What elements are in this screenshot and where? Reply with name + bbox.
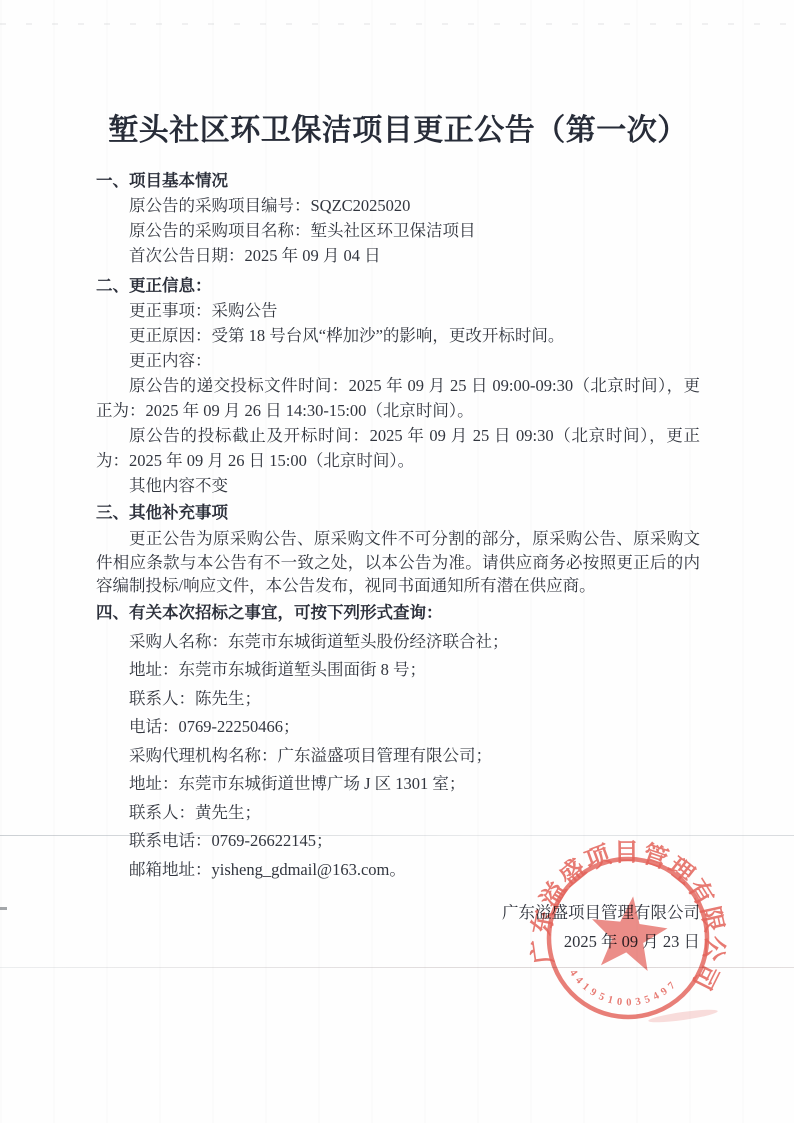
original-project-name-line: 原公告的采购项目名称：堑头社区环卫保洁项目 (96, 218, 700, 243)
agency-name-line: 采购代理机构名称：广东溢盛项目管理有限公司； (96, 742, 700, 771)
agency-email-line: 邮箱地址：yisheng_gdmail@163.com。 (96, 856, 700, 885)
correction-item-line: 更正事项：采购公告 (96, 298, 700, 323)
bid-opening-time-paragraph: 原公告的投标截止及开标时间：2025 年 09 月 25 日 09:30（北京时… (96, 423, 700, 473)
document-body: 堑头社区环卫保洁项目更正公告（第一次） 一、项目基本情况 原公告的采购项目编号：… (96, 0, 700, 884)
supplementary-note-paragraph: 更正公告为原采购公告、原采购文件不可分割的部分，原采购公告、原采购文件相应条款与… (96, 527, 700, 598)
correction-content-label: 更正内容： (96, 348, 700, 373)
seal-bottom-arc-path (564, 969, 679, 1012)
purchaser-phone-line: 电话：0769-22250466； (96, 713, 700, 742)
signature-date: 2025 年 09 月 23 日 (502, 927, 700, 956)
section-2-heading: 二、更正信息： (96, 273, 700, 298)
signature-block: 广东溢盛项目管理有限公司 2025 年 09 月 23 日 (502, 898, 700, 956)
purchaser-contact-line: 联系人：陈先生； (96, 685, 700, 714)
seal-serial-number: 4419510035497 (564, 964, 682, 1015)
signature-company-name: 广东溢盛项目管理有限公司 (502, 898, 700, 927)
stamp-ink-smudge (648, 1007, 718, 1025)
first-announcement-date-line: 首次公告日期：2025 年 09 月 04 日 (96, 243, 700, 268)
document-title: 堑头社区环卫保洁项目更正公告（第一次） (96, 109, 700, 153)
section-1-heading: 一、项目基本情况 (96, 168, 700, 193)
purchaser-address-line: 地址：东莞市东城街道堑头围面街 8 号； (96, 656, 700, 685)
scanned-document-page: 堑头社区环卫保洁项目更正公告（第一次） 一、项目基本情况 原公告的采购项目编号：… (0, 0, 794, 1123)
scan-line-artifact (0, 967, 794, 968)
correction-reason-line: 更正原因：受第 18 号台风“桦加沙”的影响，更改开标时间。 (96, 323, 700, 348)
purchaser-name-line: 采购人名称：东莞市东城街道堑头股份经济联合社； (96, 628, 700, 657)
bid-submission-time-paragraph: 原公告的递交投标文件时间：2025 年 09 月 25 日 09:00-09:3… (96, 373, 700, 423)
section-3-heading: 三、其他补充事项 (96, 500, 700, 525)
agency-phone-line: 联系电话：0769-26622145； (96, 827, 700, 856)
agency-address-line: 地址：东莞市东城街道世博广场 J 区 1301 室； (96, 770, 700, 799)
scan-dash-artifact (0, 907, 7, 910)
inquiry-contact-list: 采购人名称：东莞市东城街道堑头股份经济联合社； 地址：东莞市东城街道堑头围面街 … (96, 628, 700, 885)
agency-contact-line: 联系人：黄先生； (96, 799, 700, 828)
other-content-unchanged-line: 其他内容不变 (96, 473, 700, 498)
section-4-heading: 四、有关本次招标之事宜，可按下列形式查询： (96, 600, 700, 625)
original-project-number-line: 原公告的采购项目编号：SQZC2025020 (96, 193, 700, 218)
